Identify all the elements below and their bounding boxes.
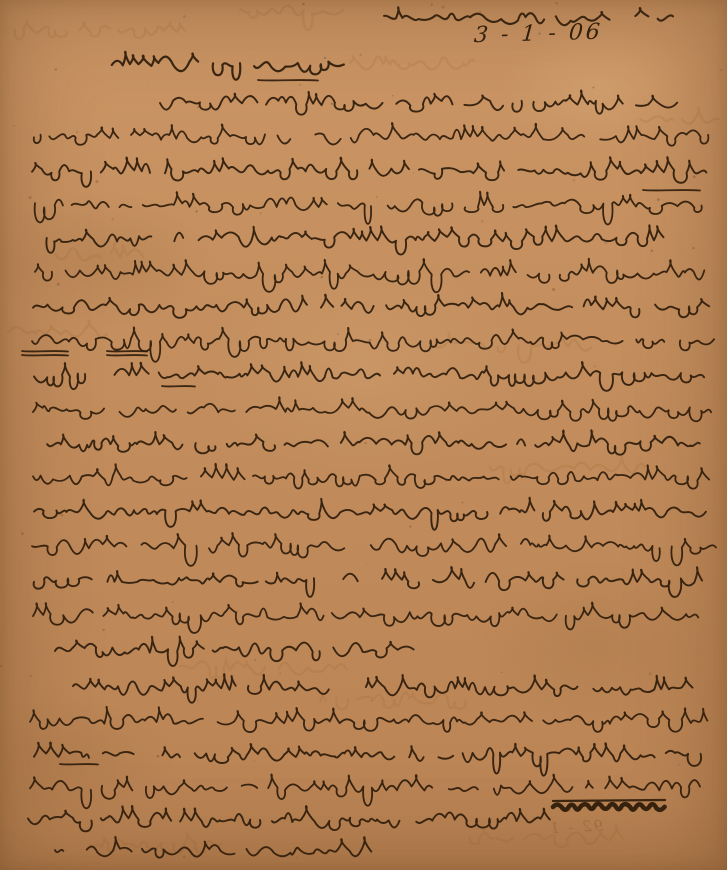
paper-speck — [54, 68, 57, 71]
paper-speck — [369, 339, 372, 342]
p1-line-4 — [35, 192, 702, 225]
u-line8-word1-2 — [22, 355, 68, 356]
u-salutation — [258, 80, 318, 81]
p1-line-14 — [32, 533, 716, 566]
paper-speck — [0, 665, 2, 667]
paper-speck — [376, 196, 377, 197]
u-line8-word2-2 — [107, 355, 147, 356]
paper-speck — [720, 69, 722, 71]
paper-speck — [197, 700, 199, 702]
paper-speck — [650, 249, 653, 252]
p2-line-2 — [30, 707, 707, 732]
bleed-through-line — [320, 691, 466, 709]
paper-speck — [413, 173, 414, 174]
paper-speck — [260, 212, 263, 215]
paper-speck — [331, 103, 333, 105]
paper-speck — [262, 350, 263, 351]
paper-speck — [657, 198, 660, 201]
bleed-through-line — [8, 321, 107, 338]
p1-line-2 — [34, 123, 709, 146]
p1-line-11 — [47, 430, 700, 454]
paper-speck — [195, 315, 196, 316]
paper-speck — [364, 442, 366, 444]
paper-speck — [266, 599, 267, 600]
u-line9-word — [162, 386, 195, 387]
paper-speck — [552, 288, 555, 291]
paper-speck — [61, 514, 64, 517]
letter-page: 3 - 1 - 06 92 - 1 — [0, 0, 727, 870]
paper-speck — [409, 525, 411, 527]
paper-speck — [279, 672, 281, 674]
paper-speck — [359, 269, 360, 270]
paper-speck — [573, 179, 575, 181]
paper-speck — [296, 857, 298, 859]
strikeout-bar — [553, 800, 665, 801]
paper-speck — [302, 3, 304, 5]
paper-speck — [693, 175, 696, 178]
paper-speck — [716, 451, 717, 452]
paper-speck — [649, 672, 652, 675]
paper-speck — [57, 283, 60, 286]
u-line8-word1 — [22, 351, 68, 352]
paper-speck — [392, 95, 394, 97]
p1-line-9 — [34, 362, 704, 391]
bleed-through-line — [240, 6, 343, 30]
paper-speck — [76, 131, 78, 133]
paper-speck — [284, 338, 285, 339]
paper-speck — [172, 601, 174, 603]
paper-speck — [592, 87, 594, 89]
paper-speck — [479, 11, 481, 13]
paper-speck — [152, 518, 153, 519]
p1-line-16 — [33, 603, 698, 633]
paper-speck — [431, 4, 433, 6]
paper-speck — [555, 2, 557, 4]
paper-speck — [102, 629, 104, 631]
bleed-through-line — [15, 21, 185, 39]
paper-speck — [183, 855, 185, 857]
p1-line-3 — [32, 157, 706, 187]
paper-speck — [13, 125, 15, 127]
paper-speck — [254, 659, 256, 661]
bleed-through-ghost-text: 92 - 1 — [548, 817, 604, 838]
paper-speck — [594, 365, 596, 367]
p2-line-5 — [28, 806, 550, 831]
paper-speck — [359, 54, 361, 56]
paper-speck — [29, 196, 32, 199]
paper-speck — [30, 675, 32, 677]
p1-line-6 — [35, 259, 704, 293]
u-p2line3-word — [60, 764, 98, 765]
date-text: 3 - 1 - 06 — [473, 19, 635, 48]
paper-speck — [324, 57, 327, 60]
p1-line-10 — [33, 397, 711, 421]
salutation-line — [112, 52, 344, 80]
paper-speck — [111, 218, 114, 221]
paper-speck — [371, 699, 373, 701]
paper-speck — [147, 82, 148, 83]
paper-speck — [321, 276, 323, 278]
u-line4-end — [643, 190, 700, 191]
p1-line-12 — [33, 464, 709, 489]
p1-line-13 — [34, 498, 706, 530]
paper-speck — [678, 764, 680, 766]
paper-speck — [462, 502, 464, 504]
paper-speck — [195, 210, 197, 212]
p2-line-3 — [34, 742, 701, 775]
paper-speck — [299, 84, 301, 86]
paper-speck — [337, 333, 339, 335]
p1-line-8 — [32, 327, 714, 361]
p1-line-7 — [33, 293, 709, 318]
p1-line-17 — [55, 636, 414, 665]
paper-speck — [183, 15, 186, 18]
u-line8-word2 — [107, 351, 147, 352]
bleed-through-line — [640, 108, 719, 124]
paper-speck — [95, 180, 98, 183]
paper-speck — [441, 6, 444, 9]
paper-speck — [692, 247, 694, 249]
paper-speck — [157, 755, 160, 758]
paper-speck — [254, 760, 256, 762]
paper-speck — [481, 220, 484, 223]
p1-line-15 — [34, 567, 702, 597]
bleed-through-line — [350, 56, 474, 69]
paper-speck — [21, 532, 24, 535]
handwriting-layer — [0, 0, 727, 870]
paper-speck — [501, 672, 502, 673]
paper-speck — [562, 246, 563, 247]
paper-speck — [197, 106, 199, 108]
strikeout-scribble — [553, 804, 665, 810]
paper-speck — [366, 563, 367, 564]
p1-line-1 — [160, 90, 687, 114]
